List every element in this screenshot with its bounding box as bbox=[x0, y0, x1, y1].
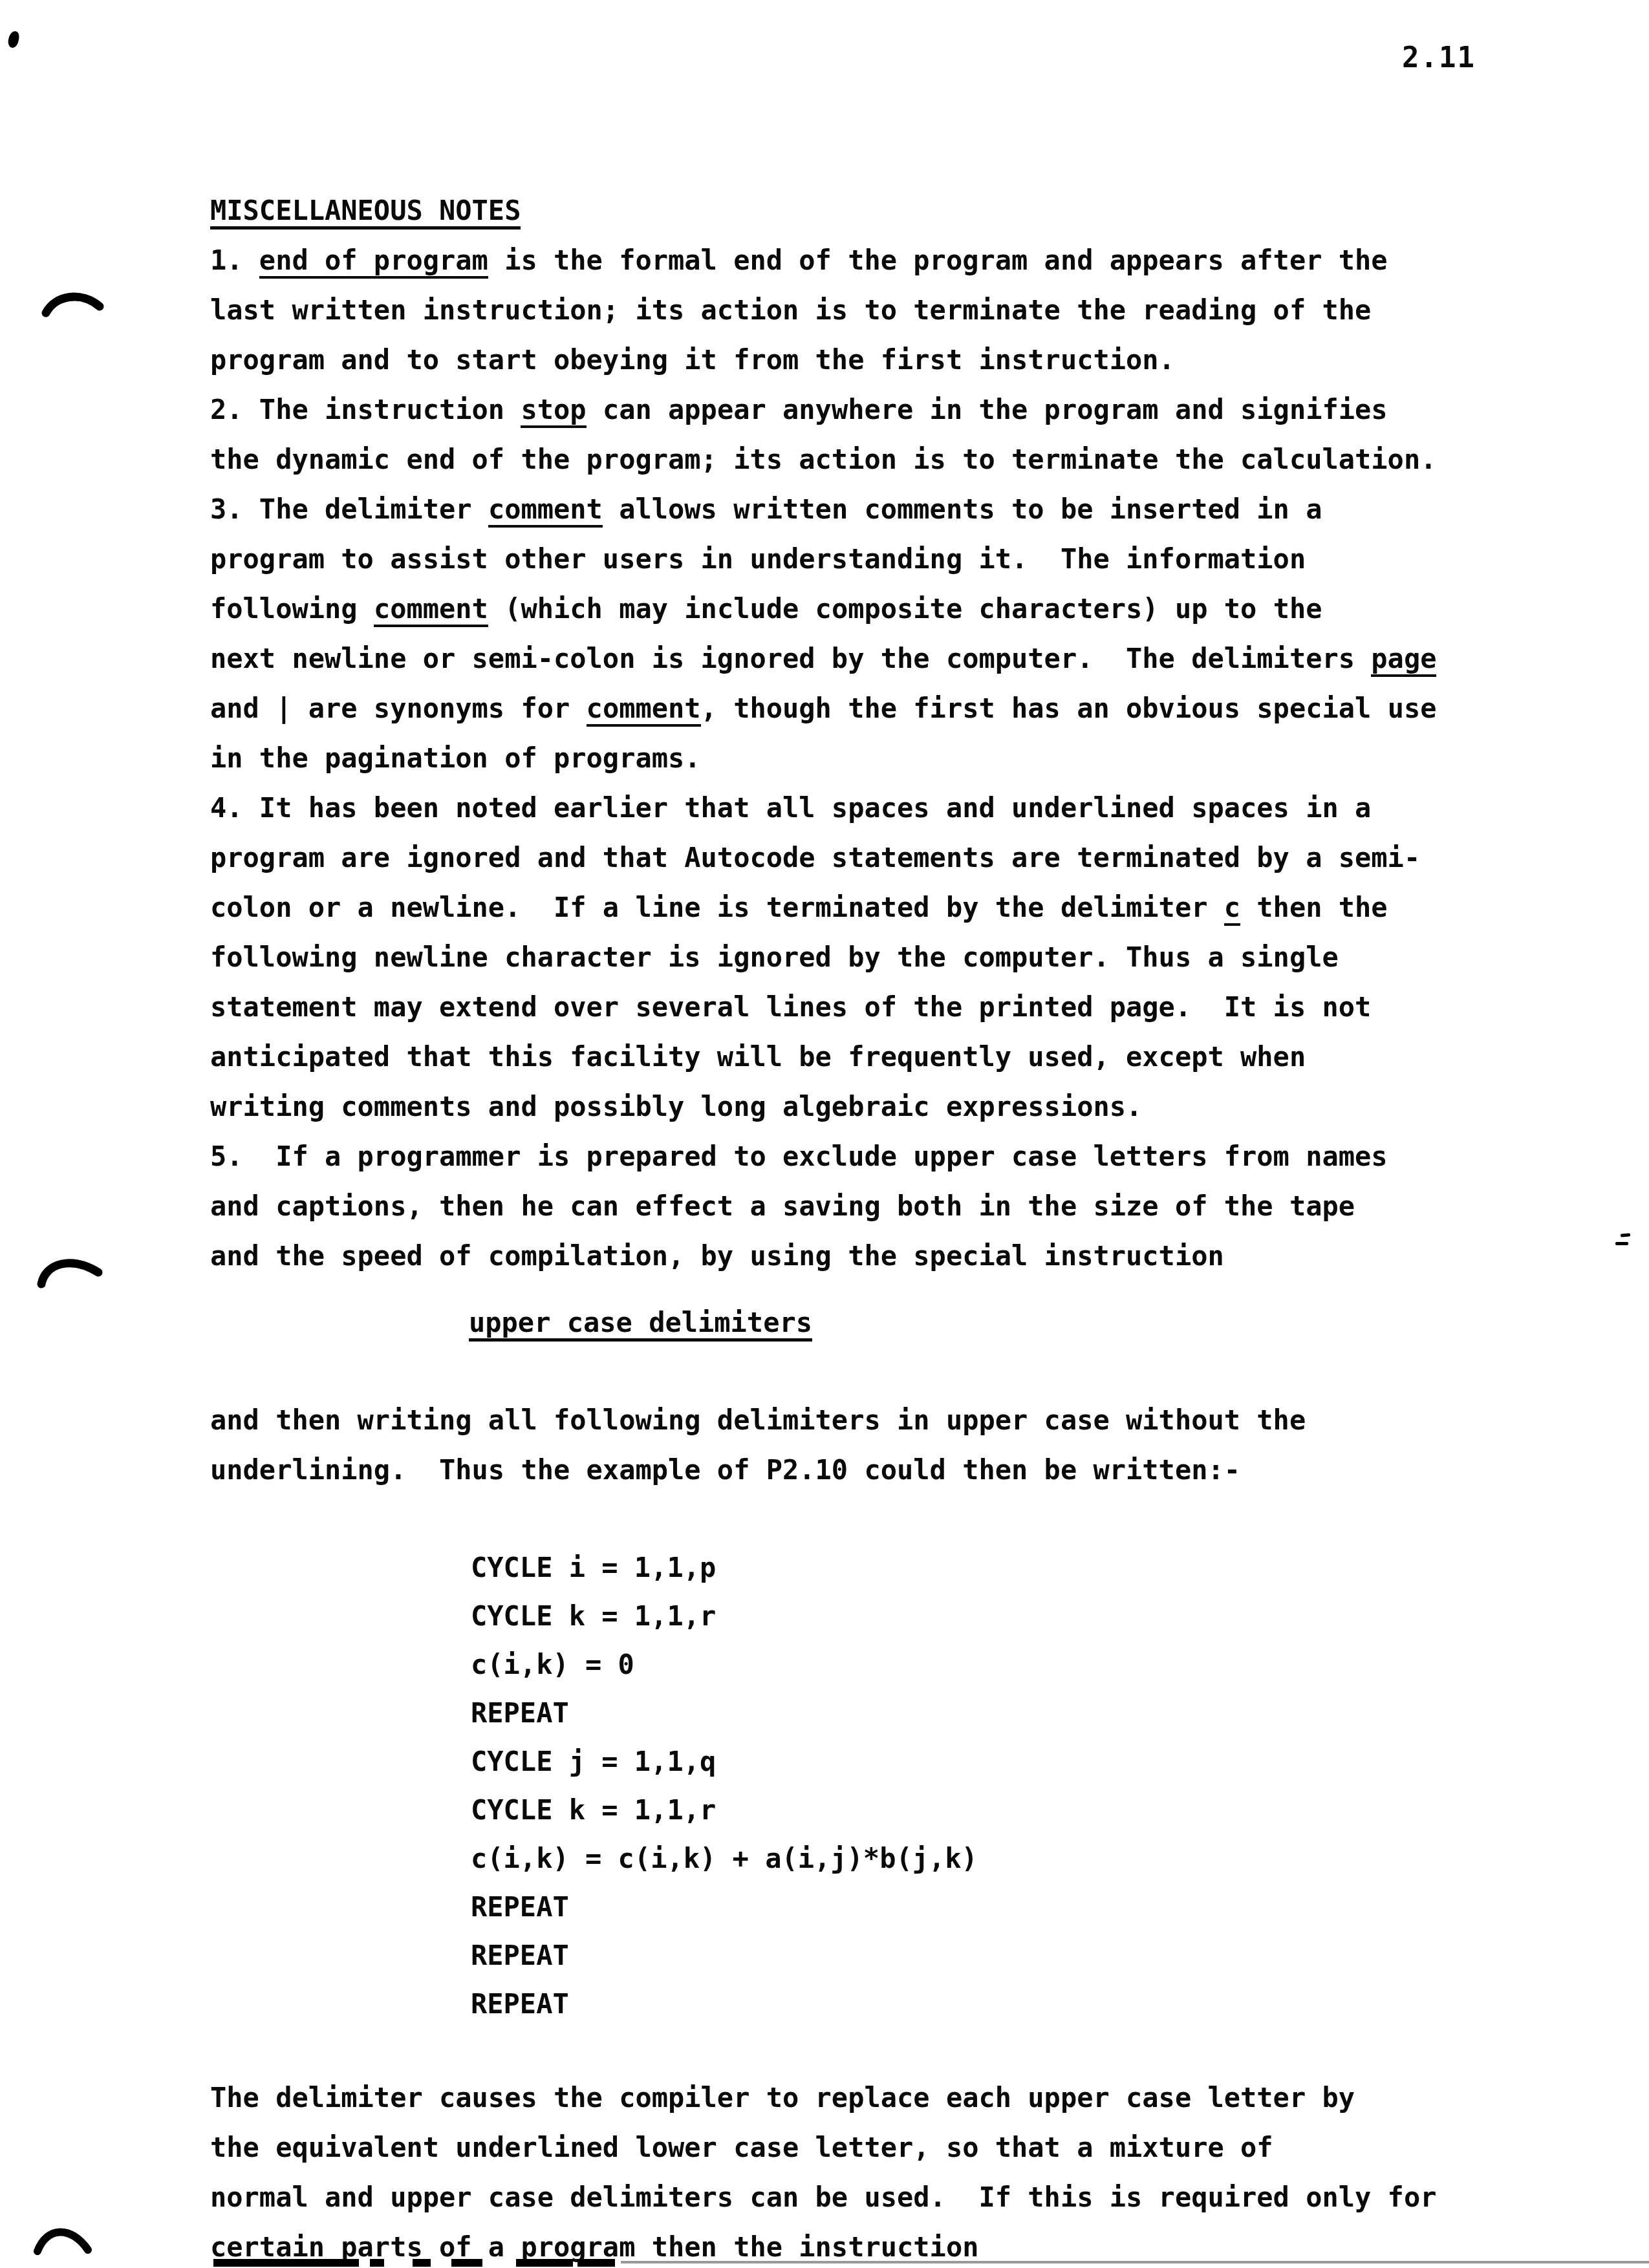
block-subheading: upper case delimiters bbox=[210, 1298, 1510, 1347]
text-segment: 5. If a programmer is prepared to exclud… bbox=[210, 1140, 1388, 1172]
text-segment: can appear anywhere in the program and s… bbox=[587, 394, 1388, 425]
pen-stroke-icon bbox=[41, 290, 106, 322]
text-line: following newline character is ignored b… bbox=[210, 932, 1510, 982]
text-segment: The delimiter causes the compiler to rep… bbox=[210, 2082, 1355, 2113]
pen-stroke-icon bbox=[36, 1253, 104, 1289]
cutoff-text-artifact bbox=[0, 2259, 1649, 2268]
text-segment: anticipated that this facility will be f… bbox=[210, 1041, 1306, 1073]
text-line: program and to start obeying it from the… bbox=[210, 335, 1510, 385]
text-line: 5. If a programmer is prepared to exclud… bbox=[210, 1131, 1510, 1181]
text-segment: , though the first has an obvious specia… bbox=[701, 692, 1437, 724]
text-segment: 3. The delimiter bbox=[210, 493, 488, 525]
underlined-text: c bbox=[1224, 892, 1240, 926]
text-segment: CYCLE k = 1,1,r bbox=[471, 1600, 716, 1632]
text-segment: certain parts of a program then the inst… bbox=[210, 2231, 978, 2263]
underlined-text: page bbox=[1371, 643, 1436, 677]
text-segment: c(i,k) = c(i,k) + a(i,j)*b(j,k) bbox=[471, 1843, 978, 1874]
block-para: The delimiter causes the compiler to rep… bbox=[210, 2073, 1510, 2268]
text-line: and captions, then he can effect a savin… bbox=[210, 1181, 1510, 1231]
text-line: underlining. Thus the example of P2.10 c… bbox=[210, 1445, 1510, 1495]
text-line: in the pagination of programs. bbox=[210, 733, 1510, 783]
text-segment: and captions, then he can effect a savin… bbox=[210, 1190, 1355, 1222]
text-line: the equivalent underlined lower case let… bbox=[210, 2123, 1510, 2172]
underlined-text: comment bbox=[587, 692, 701, 727]
text-segment: (which may include composite characters)… bbox=[488, 593, 1322, 625]
ink-blob-icon bbox=[7, 30, 19, 48]
text-line: writing comments and possibly long algeb… bbox=[210, 1082, 1510, 1131]
text-segment: then the bbox=[1240, 892, 1388, 923]
text-segment: next newline or semi-colon is ignored by… bbox=[210, 643, 1371, 674]
text-segment: is the formal end of the program and app… bbox=[488, 244, 1388, 276]
code-line: CYCLE i = 1,1,p bbox=[471, 1543, 1510, 1592]
text-line: anticipated that this facility will be f… bbox=[210, 1032, 1510, 1082]
text-line: next newline or semi-colon is ignored by… bbox=[210, 634, 1510, 683]
text-segment: allows written comments to be inserted i… bbox=[603, 493, 1322, 525]
code-line: c(i,k) = c(i,k) + a(i,j)*b(j,k) bbox=[471, 1834, 1510, 1883]
text-line: following comment (which may include com… bbox=[210, 584, 1510, 634]
code-line: REPEAT bbox=[471, 1883, 1510, 1931]
text-line: 2. The instruction stop can appear anywh… bbox=[210, 385, 1510, 434]
block-heading: MISCELLANEOUS NOTES bbox=[210, 186, 1510, 235]
underlined-text: end of program bbox=[259, 244, 488, 279]
underlined-text: comment bbox=[374, 593, 488, 627]
text-segment: program are ignored and that Autocode st… bbox=[210, 842, 1420, 873]
text-segment: colon or a newline. If a line is termina… bbox=[210, 892, 1224, 923]
pencil-dash-icon bbox=[1615, 1242, 1628, 1245]
text-line: colon or a newline. If a line is termina… bbox=[210, 883, 1510, 932]
text-segment: last written instruction; its action is … bbox=[210, 294, 1371, 326]
text-line: program are ignored and that Autocode st… bbox=[210, 833, 1510, 883]
text-segment: and | are synonyms for bbox=[210, 692, 587, 724]
text-segment: program and to start obeying it from the… bbox=[210, 344, 1175, 376]
text-segment: REPEAT bbox=[471, 1697, 569, 1729]
text-line: 1. end of program is the formal end of t… bbox=[210, 235, 1510, 285]
text-segment: REPEAT bbox=[471, 1891, 569, 1923]
text-segment: following newline character is ignored b… bbox=[210, 941, 1339, 973]
text-line: program to assist other users in underst… bbox=[210, 534, 1510, 584]
text-line: and then writing all following delimiter… bbox=[210, 1395, 1510, 1445]
code-line: CYCLE k = 1,1,r bbox=[471, 1592, 1510, 1640]
text-segment: normal and upper case delimiters can be … bbox=[210, 2181, 1436, 2213]
block-para: and then writing all following delimiter… bbox=[210, 1395, 1510, 1495]
text-line: 4. It has been noted earlier that all sp… bbox=[210, 783, 1510, 833]
code-line: REPEAT bbox=[471, 1980, 1510, 2028]
text-segment: 1. bbox=[210, 244, 259, 276]
text-line: normal and upper case delimiters can be … bbox=[210, 2172, 1510, 2222]
underlined-text: comment bbox=[488, 493, 603, 528]
pencil-dash-icon bbox=[1621, 1233, 1630, 1237]
text-line: 3. The delimiter comment allows written … bbox=[210, 484, 1510, 534]
text-line: MISCELLANEOUS NOTES bbox=[210, 186, 1510, 235]
text-line: and the speed of compilation, by using t… bbox=[210, 1231, 1510, 1281]
code-line: REPEAT bbox=[471, 1931, 1510, 1980]
code-line: CYCLE j = 1,1,q bbox=[471, 1737, 1510, 1786]
text-segment: the equivalent underlined lower case let… bbox=[210, 2132, 1273, 2163]
code-line: c(i,k) = 0 bbox=[471, 1640, 1510, 1689]
text-segment: CYCLE j = 1,1,q bbox=[471, 1746, 716, 1777]
text-segment: REPEAT bbox=[471, 1988, 569, 2020]
code-line: REPEAT bbox=[471, 1689, 1510, 1737]
scanned-document-page: 2.11 MISCELLANEOUS NOTES1. end of progra… bbox=[0, 0, 1649, 2268]
text-line: and | are synonyms for comment, though t… bbox=[210, 683, 1510, 733]
pen-stroke-icon bbox=[34, 2221, 95, 2256]
text-line: last written instruction; its action is … bbox=[210, 285, 1510, 335]
text-segment: in the pagination of programs. bbox=[210, 742, 701, 774]
text-segment: writing comments and possibly long algeb… bbox=[210, 1091, 1142, 1122]
text-segment: REPEAT bbox=[471, 1940, 569, 1971]
text-column: MISCELLANEOUS NOTES1. end of program is … bbox=[210, 186, 1510, 2268]
text-segment: and then writing all following delimiter… bbox=[210, 1404, 1306, 1436]
text-segment: CYCLE i = 1,1,p bbox=[471, 1552, 716, 1583]
text-segment: c(i,k) = 0 bbox=[471, 1649, 634, 1680]
underlined-text: upper case delimiters bbox=[469, 1307, 812, 1342]
text-segment: underlining. Thus the example of P2.10 c… bbox=[210, 1454, 1240, 1486]
text-segment: the dynamic end of the program; its acti… bbox=[210, 444, 1436, 475]
text-segment: following bbox=[210, 593, 374, 625]
text-line: The delimiter causes the compiler to rep… bbox=[210, 2073, 1510, 2123]
text-segment: program to assist other users in underst… bbox=[210, 543, 1306, 575]
text-segment: and the speed of compilation, by using t… bbox=[210, 1240, 1224, 1272]
code-line: CYCLE k = 1,1,r bbox=[471, 1786, 1510, 1834]
page-number: 2.11 bbox=[1402, 41, 1476, 74]
block-para: 1. end of program is the formal end of t… bbox=[210, 235, 1510, 1281]
text-segment: 2. The instruction bbox=[210, 394, 521, 425]
text-line: statement may extend over several lines … bbox=[210, 982, 1510, 1032]
block-code: CYCLE i = 1,1,pCYCLE k = 1,1,rc(i,k) = 0… bbox=[210, 1543, 1510, 2028]
text-segment: CYCLE k = 1,1,r bbox=[471, 1794, 716, 1826]
text-segment: 4. It has been noted earlier that all sp… bbox=[210, 792, 1371, 824]
underlined-text: MISCELLANEOUS NOTES bbox=[210, 195, 521, 230]
underlined-text: stop bbox=[521, 394, 586, 428]
text-segment: statement may extend over several lines … bbox=[210, 991, 1371, 1023]
text-line: upper case delimiters bbox=[469, 1298, 1510, 1347]
text-line: the dynamic end of the program; its acti… bbox=[210, 434, 1510, 484]
